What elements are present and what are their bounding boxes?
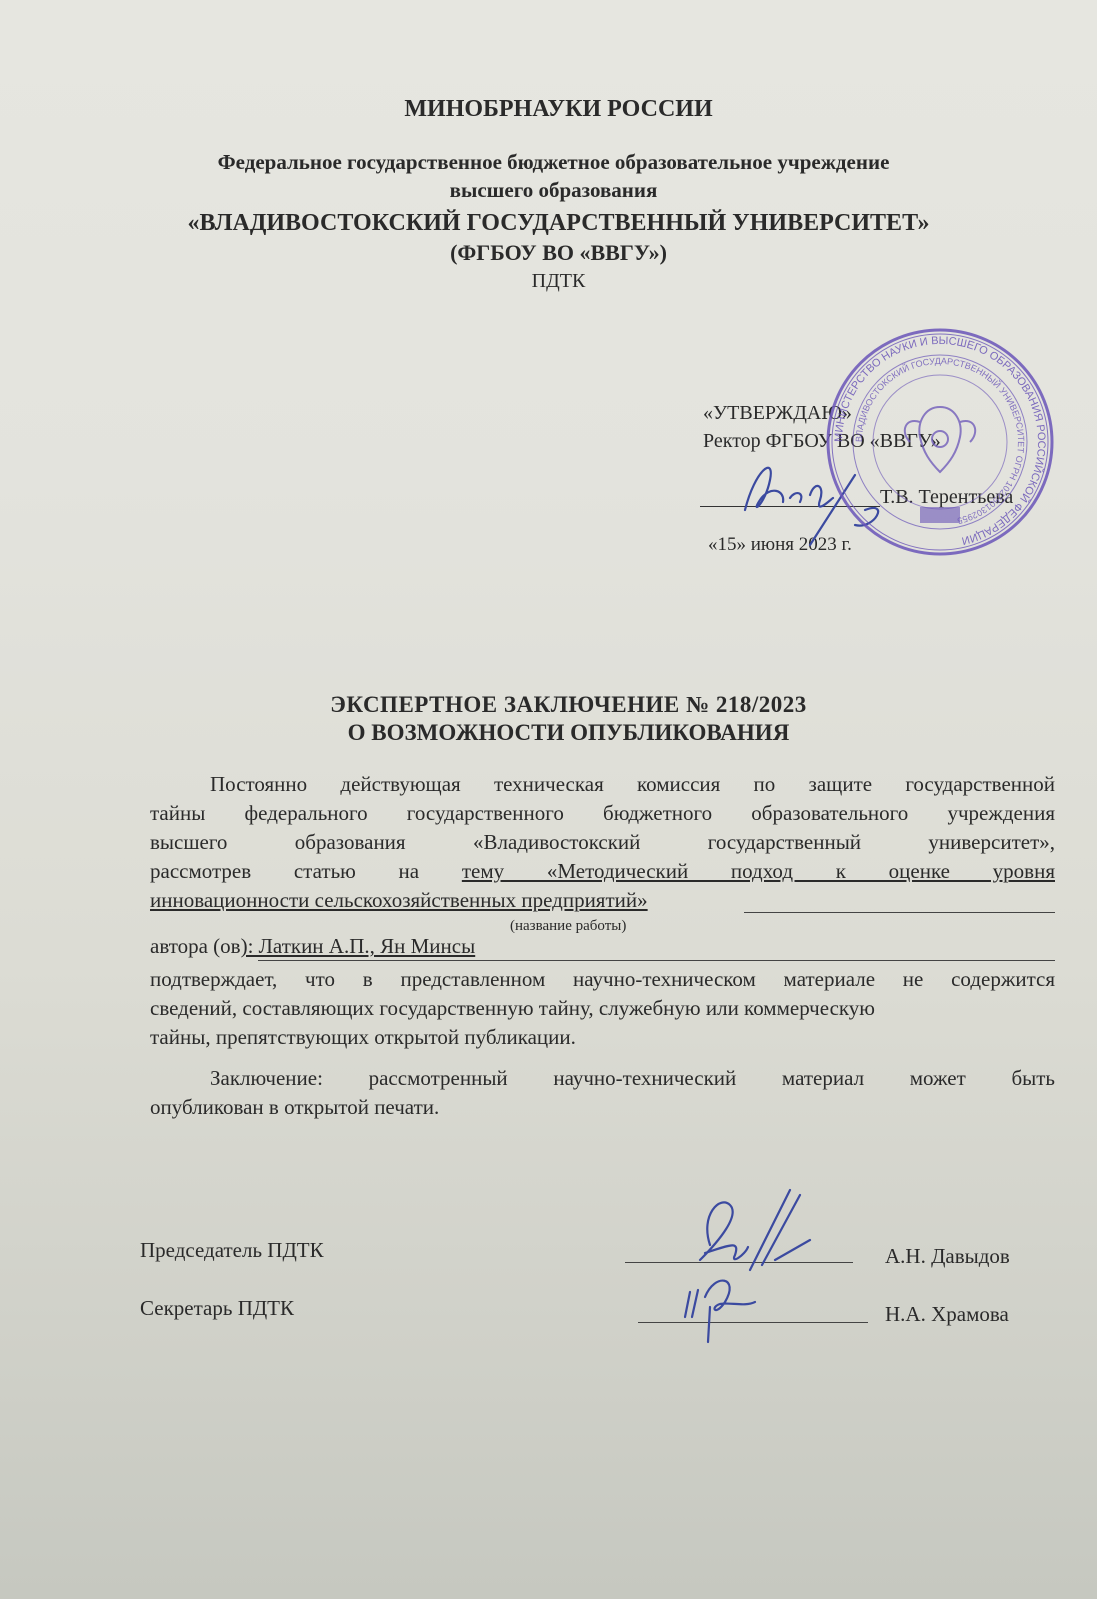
- authors-value: ): Латкин А.П., Ян Минсы: [241, 934, 476, 958]
- paragraph-line: рассмотрев статью на тему «Методический …: [150, 857, 1055, 886]
- university-name: «ВЛАДИВОСТОКСКИЙ ГОСУДАРСТВЕННЫЙ УНИВЕРС…: [20, 210, 1097, 237]
- work-title-part2: инновационности сельскохозяйственных пре…: [150, 888, 648, 912]
- paragraph-line: подтверждает, что в представленном научн…: [150, 965, 1055, 994]
- commission-paragraph: Постоянно действующая техническая комисс…: [150, 770, 1055, 915]
- paragraph-line: тайны, препятствующих открытой публикаци…: [150, 1023, 1055, 1052]
- authors-underline: [258, 960, 1055, 961]
- institution-type-line1: Федеральное государственное бюджетное об…: [10, 150, 1097, 175]
- document-subtitle: О ВОЗМОЖНОСТИ ОПУБЛИКОВАНИЯ: [40, 720, 1097, 746]
- secretary-signature-icon: [670, 1262, 780, 1347]
- paragraph-line: инновационности сельскохозяйственных пре…: [150, 886, 1055, 915]
- confirmation-paragraph: подтверждает, что в представленном научн…: [150, 965, 1055, 1052]
- department-name: ПДТК: [20, 270, 1097, 293]
- conclusion-paragraph: Заключение: рассмотренный научно-техниче…: [150, 1064, 1055, 1122]
- document-page: МИНОБРНАУКИ РОССИИ Федеральное государст…: [0, 0, 1097, 1599]
- work-title-part1: тему «Методический подход к оценке уровн…: [462, 859, 1055, 883]
- secretary-name: Н.А. Храмова: [885, 1302, 1009, 1327]
- paragraph-line: Заключение: рассмотренный научно-техниче…: [150, 1064, 1055, 1093]
- svg-text:ВЛАДИВОСТОКСКИЙ ГОСУДАРСТВЕННЫ: ВЛАДИВОСТОКСКИЙ ГОСУДАРСТВЕННЫЙ УНИВЕРСИ…: [854, 356, 1026, 526]
- ministry-heading: МИНОБРНАУКИ РОССИИ: [20, 96, 1097, 123]
- paragraph-line: тайны федерального государственного бюдж…: [150, 799, 1055, 828]
- secretary-role: Секретарь ПДТК: [140, 1296, 294, 1321]
- work-title-hint: (название работы): [510, 918, 626, 935]
- paragraph-line-prefix: рассмотрев статью на: [150, 859, 462, 883]
- official-stamp-icon: МИНИСТЕРСТВО НАУКИ И ВЫСШЕГО ОБРАЗОВАНИЯ…: [825, 327, 1055, 557]
- institution-type-line2: высшего образования: [10, 178, 1097, 203]
- chairman-name: А.Н. Давыдов: [885, 1244, 1010, 1269]
- authors-label: автора (ов: [150, 934, 241, 958]
- paragraph-line: опубликован в открытой печати.: [150, 1093, 1055, 1122]
- paragraph-line: высшего образования «Владивостокский гос…: [150, 828, 1055, 857]
- paragraph-line: сведений, составляющих государственную т…: [150, 994, 1055, 1023]
- authors-row: автора (ов): Латкин А.П., Ян Минсы: [150, 934, 475, 959]
- document-title: ЭКСПЕРТНОЕ ЗАКЛЮЧЕНИЕ № 218/2023: [40, 692, 1097, 718]
- work-title-underline: [744, 912, 1055, 913]
- paragraph-line: Постоянно действующая техническая комисс…: [150, 770, 1055, 799]
- university-abbreviation: (ФГБОУ ВО «ВВГУ»): [20, 240, 1097, 266]
- chairman-role: Председатель ПДТК: [140, 1238, 324, 1263]
